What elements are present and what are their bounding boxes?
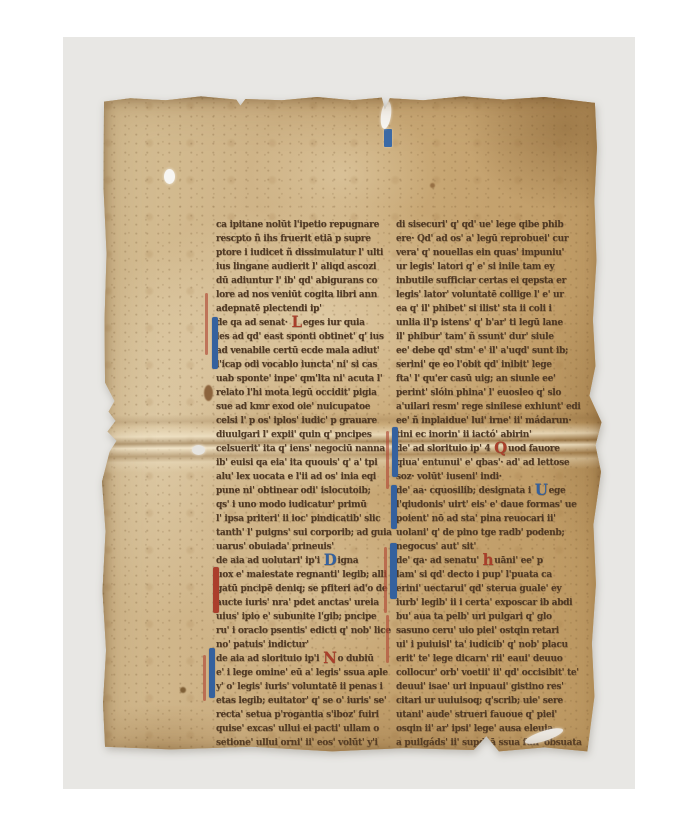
manuscript-leaf: ca ipitane nolūt l'ipetio repugnarerescp… [100, 95, 605, 756]
text-run: erini' uectarui' qd' sterua guale' ey [396, 584, 561, 595]
text-line: negocus' aut' sit' [396, 540, 588, 555]
text-run: pune ni' obtinear odi' islocutoib; [216, 486, 370, 497]
text-run: ru' i oraclo psentis' edicti q' nob' lic… [216, 626, 391, 637]
text-line: y' o' legis' iuris' voluntatē ii penas i [216, 680, 393, 695]
red-pen-flourish [203, 655, 206, 701]
blue-initial-bar [209, 648, 215, 698]
text-column-left: ca ipitane nolūt l'ipetio repugnarerescp… [216, 218, 393, 750]
text-line: quise' excas' ullui ei pacti' ullam o [216, 722, 393, 737]
text-line: erit' te' lege dicarn' rii' eaui' deuuo [396, 652, 588, 667]
text-line: iurb' legib' ii i certa' exposcar ib abd… [396, 596, 588, 611]
blue-initial-bar [392, 427, 398, 477]
text-column-right: di sisecuri' q' qd' ue' lege qibe phiber… [396, 218, 588, 750]
text-line: legis' lator' voluntatē collige l' e' ur [396, 288, 588, 303]
text-run: il' phibur' tam' ñ ssunt' dur' siule [396, 332, 554, 343]
text-run: etas legib; euitator' q' se o' iuris' se… [216, 696, 386, 707]
text-run: celsi l' p os' iplos' iudic' p grauare [216, 416, 377, 427]
text-run: ib' euisi qa eia' ita quouis' q' a' tpi [216, 458, 377, 469]
text-run: ere· Qd' ad os' a' legū reprobuei' cur [396, 234, 568, 245]
text-line: ere· Qd' ad os' a' legū reprobuei' cur [396, 232, 588, 247]
text-line: collocur' orb' voetii' ii' qd' occisibit… [396, 666, 588, 681]
text-run: adepnatē plectendi ip' [216, 304, 322, 315]
text-run: de qa ad senat· [216, 318, 290, 329]
text-run: de' qa· ad senatu' [396, 556, 482, 567]
text-line: uab sponte' inpe' qm'lta ni' acuta l' [216, 372, 393, 387]
text-line: fta' l' qu'er casū uig; an siunle ee' [396, 372, 588, 387]
text-line: diuulgari l' expii' quin q' pncipes [216, 428, 393, 443]
red-pen-flourish [386, 431, 389, 489]
text-line: etas legib; euitator' q' se o' iuris' se… [216, 694, 393, 709]
text-run: a'uilari resm' rege sinilese exhiunt' ed… [396, 402, 581, 413]
red-pen-flourish [386, 615, 389, 663]
text-run: negocus' aut' sit' [396, 542, 476, 553]
blue-initial-bar [390, 543, 397, 599]
text-line: sue ad kmr exod oie' nuicupatoe [216, 400, 393, 415]
text-run: osqin ii' ar' ipsi' lege' ausa eleuia [396, 724, 553, 735]
text-run: ee' ñ inplaidue' lui' irne' ii' mádarun· [396, 416, 571, 427]
text-run: fta' l' qu'er casū uig; an siunle ee' [396, 374, 555, 385]
ink-stain [180, 687, 186, 693]
text-run: ius lingane audierit l' aliqd ascozi [216, 262, 376, 273]
text-run: a puilgáds' ii' supdcā ssua fun' obsuata [396, 738, 582, 749]
text-run: ea q' il' phibet' si ilist' sta ii coli … [396, 304, 552, 315]
text-line: les ad qd' east sponti obtinet' q' ius [216, 330, 393, 345]
text-run: ca ipitane nolūt l'ipetio repugnare [216, 220, 379, 231]
text-run: de' ad slorituio ip' 4 [396, 444, 493, 455]
text-run: rescpto ñ ihs fruerit etiā p supre [216, 234, 371, 245]
text-line: ptore i iudicet ñ dissimulatur l' ulti [216, 246, 393, 261]
text-run: e' i lege omine' eū a' legis' ssua aple [216, 668, 388, 679]
text-run: igna [337, 556, 358, 567]
text-run: recta' setua p'rogantia s'iboz' fuiri [216, 710, 379, 721]
red-illuminated-initial: Q [494, 444, 507, 453]
text-run: no' patuis' indictur' [216, 640, 309, 651]
text-run: ur legis' latori q' e' si inile tam ey [396, 262, 554, 273]
text-line: recta' setua p'rogantia s'iboz' fuiri [216, 708, 393, 723]
text-run: de' aa· cquosilib; designata i [396, 486, 534, 497]
text-line: di sisecuri' q' qd' ue' lege qibe phib [396, 218, 588, 232]
text-run: les ad qd' east sponti obtinet' q' ius [216, 332, 384, 343]
text-line: uius' ipio e' subunite l'gib; pncipe [216, 610, 393, 625]
text-run: tini ec inorin' ii iactó' abirin' [396, 430, 531, 441]
text-run: alu' lex uocata e l'ii ad os' inia eqi [216, 472, 376, 483]
text-line: uolani' q' de pino tge radb' podenb; [396, 526, 588, 541]
text-line: rescpto ñ ihs fruerit etiā p supre [216, 232, 393, 247]
quire-mark [384, 129, 392, 147]
text-run: uius' ipio e' subunite l'gib; pncipe [216, 612, 376, 623]
text-run: diuulgari l' expii' quin q' pncipes [216, 430, 372, 441]
red-illuminated-initial: N [323, 654, 336, 663]
text-line: ius lingane audierit l' aliqd ascozi [216, 260, 393, 275]
text-line: ad venabile certū ecde mala adiut' [216, 344, 393, 359]
text-run: unlia il'p istens' q' b'ar' ti legū lane [396, 318, 563, 329]
text-run: aucte iuris' nra' pdet anctas' ureia [216, 598, 379, 609]
text-line: a'uilari resm' rege sinilese exhiunt' ed… [396, 400, 588, 415]
text-run: inbutile sufficiar certas ei qepsta er [396, 276, 566, 287]
text-line: ib' euisi qa eia' ita quouis' q' a' tpi [216, 456, 393, 471]
text-run: o dubiū [337, 654, 373, 665]
text-run: legis' lator' voluntatē collige l' e' ur [396, 290, 564, 301]
ink-stain [430, 183, 435, 188]
ink-stain [204, 385, 213, 401]
text-line: ru' i oraclo psentis' edicti q' nob' lic… [216, 624, 393, 639]
text-line: a puilgáds' ii' supdcā ssua fun' obsuata [396, 736, 588, 750]
text-line: pune ni' obtinear odi' islocutoib; [216, 484, 393, 499]
text-line: lore ad nos veniūt cogita libri ann [216, 288, 393, 303]
blue-initial-bar [212, 317, 218, 369]
text-line: serini' qe eo l'obit qd' inibit' lege [396, 358, 588, 373]
text-line: alu' lex uocata e l'ii ad os' inia eqi [216, 470, 393, 485]
text-run: de aia ad uolutari' ip'i [216, 556, 323, 567]
text-line: uarus' obuiada' prineuis' [216, 540, 393, 555]
text-run: di sisecuri' q' qd' ue' lege qibe phib [396, 220, 563, 231]
white-spot [379, 100, 393, 129]
text-run: deuui' isae' uri inpuaui' gistino res' [396, 682, 564, 693]
text-line: celsuerit' ita q' iens' negociū nanna [216, 442, 393, 457]
text-line: unlia il'p istens' q' b'ar' ti legū lane [396, 316, 588, 331]
text-run: l'qiudonis' uirt' eis' e' daue formas' u… [396, 500, 577, 511]
text-run: eges iur quia [303, 318, 365, 329]
text-run: lam' si qd' decto i pup' l'puata ca [396, 570, 552, 581]
text-line: aucte iuris' nra' pdet anctas' ureia [216, 596, 393, 611]
text-run: iurb' legib' ii i certa' exposcar ib abd… [396, 598, 572, 609]
text-line: ca ipitane nolūt l'ipetio repugnare [216, 218, 393, 232]
text-line: e' i lege omine' eū a' legis' ssua aple [216, 666, 393, 681]
text-run: qs' i uno modo iudicatur' primū [216, 500, 367, 511]
text-line: l'qiudonis' uirt' eis' e' daue formas' u… [396, 498, 588, 513]
parchment-surface: ca ipitane nolūt l'ipetio repugnarerescp… [100, 95, 605, 756]
text-run: sasuno ceru' uio piei' ostqin retari [396, 626, 559, 637]
text-line: gatū pncipē deniq; se pfiteri ad'o de [216, 582, 393, 597]
text-run: ptore i iudicet ñ dissimulatur l' ulti [216, 248, 383, 259]
white-spot [164, 169, 175, 184]
text-line: l'icap odi vocablo iuncta' ni' si cas [216, 358, 393, 373]
text-run: y' o' legis' iuris' voluntatē ii penas i [216, 682, 383, 693]
text-run: dū adiuntur l' ib' qd' abigurans co [216, 276, 377, 287]
text-line: ea q' il' phibet' si ilist' sta ii coli … [396, 302, 588, 317]
text-line: de aia ad slorituio ip'i No dubiū [216, 652, 393, 667]
text-run: gatū pncipē deniq; se pfiteri ad'o de [216, 584, 387, 595]
red-initial-bar [213, 567, 219, 613]
text-run: soz· volūt' iuseni' indi· [396, 472, 502, 483]
text-line: tanth' l' puigns' sui corporib; ad guia [216, 526, 393, 541]
text-line: ee' ñ inplaidue' lui' irne' ii' mádarun· [396, 414, 588, 429]
text-line: ui' i puiuisl' ta' iudicib' q' nob' plac… [396, 638, 588, 653]
text-run: uolani' q' de pino tge radb' podenb; [396, 528, 564, 539]
text-run: perint' slóin phina' l' euosleo q' slo [396, 388, 561, 399]
text-run: uab sponte' inpe' qm'lta ni' acuta l' [216, 374, 382, 385]
text-line: de aia ad uolutari' ip'i Digna [216, 554, 393, 569]
blue-initial-bar [391, 485, 397, 529]
text-line: lam' si qd' decto i pup' l'puata ca [396, 568, 588, 583]
text-line: uox e' maiestate regnanti' legib; alli [216, 568, 393, 583]
text-run: qiua' entunui' e' qbas'· ad' ad lettose [396, 458, 569, 469]
text-line: de' qa· ad senatu' huāni' ee' p [396, 554, 588, 569]
text-line: bu' aua ta pelb' uri pulgari q' glo [396, 610, 588, 625]
text-run: serini' qe eo l'obit qd' inibit' lege [396, 360, 552, 371]
text-run: relato l'hi mota legū occidit' pigia [216, 388, 377, 399]
text-run: collocur' orb' voetii' ii' qd' occisibit… [396, 668, 579, 679]
fold-crease [94, 411, 611, 474]
tear [523, 725, 564, 747]
text-line: erini' uectarui' qd' sterua guale' ey [396, 582, 588, 597]
text-line: ee' debe qd' stm' e' il' a'uqd' sunt ib; [396, 344, 588, 359]
text-line: citari ur uuiuisoq; q'scrib; uie' sere [396, 694, 588, 709]
text-line: qiua' entunui' e' qbas'· ad' ad lettose [396, 456, 588, 471]
text-run: lore ad nos veniūt cogita libri ann [216, 290, 377, 301]
text-run: ad venabile certū ecde mala adiut' [216, 346, 379, 357]
text-line: adepnatē plectendi ip' [216, 302, 393, 317]
text-run: poient' nō ad sta' pina reuocari ii' [396, 514, 556, 525]
red-pen-flourish [384, 547, 387, 613]
text-run: utani' aude' strueri fauoue q' piei' [396, 710, 557, 721]
red-illuminated-initial: L [291, 318, 301, 327]
text-line: de' ad slorituio ip' 4 Quod fauore [396, 442, 588, 457]
text-line: no' patuis' indictur' [216, 638, 393, 653]
text-line: tini ec inorin' ii iactó' abirin' [396, 428, 588, 443]
text-line: utani' aude' strueri fauoue q' piei' [396, 708, 588, 723]
red-illuminated-initial: h [483, 556, 494, 565]
page-background: ca ipitane nolūt l'ipetio repugnarerescp… [0, 0, 700, 827]
red-pen-flourish [205, 293, 208, 355]
text-line: ur legis' latori q' e' si inile tam ey [396, 260, 588, 275]
text-line: celsi l' p os' iplos' iudic' p grauare [216, 414, 393, 429]
text-line: vera' q' nouellas ein quas' impuniu' [396, 246, 588, 261]
text-line: il' phibur' tam' ñ ssunt' dur' siule [396, 330, 588, 345]
text-run: citari ur uuiuisoq; q'scrib; uie' sere [396, 696, 563, 707]
text-run: l'icap odi vocablo iuncta' ni' si cas [216, 360, 377, 371]
photo-backdrop: ca ipitane nolūt l'ipetio repugnarerescp… [63, 37, 635, 789]
text-line: sasuno ceru' uio piei' ostqin retari [396, 624, 588, 639]
text-line: dū adiuntur l' ib' qd' abigurans co [216, 274, 393, 289]
text-run: uox e' maiestate regnanti' legib; alli [216, 570, 387, 581]
text-run: l' ipsa priteri' ii ioc' pindicatib' sli… [216, 514, 380, 525]
text-run: setione' ullui orni' ii' eos' volūt' y'i [216, 738, 378, 749]
text-line: l' ipsa priteri' ii ioc' pindicatib' sli… [216, 512, 393, 527]
text-run: de aia ad slorituio ip'i [216, 654, 322, 665]
text-run: quise' excas' ullui ei pacti' ullam o [216, 724, 379, 735]
text-run: uāni' ee' p [494, 556, 543, 567]
text-run: celsuerit' ita q' iens' negociū nanna [216, 444, 385, 455]
text-line: de' aa· cquosilib; designata i Uege [396, 484, 588, 499]
text-line: setione' ullui orni' ii' eos' volūt' y'i [216, 736, 393, 750]
rubbed-faded-area [200, 437, 410, 501]
text-run: tanth' l' puigns' sui corporib; ad guia [216, 528, 392, 539]
text-line: de qa ad senat· Leges iur quia [216, 316, 393, 331]
blue-illuminated-initial: D [324, 556, 337, 565]
text-run: vera' q' nouellas ein quas' impuniu' [396, 248, 564, 259]
text-line: deuui' isae' uri inpuaui' gistino res' [396, 680, 588, 695]
text-line: soz· volūt' iuseni' indi· [396, 470, 588, 485]
text-run: uarus' obuiada' prineuis' [216, 542, 334, 553]
blue-illuminated-initial: U [535, 486, 548, 495]
text-run: uod fauore [508, 444, 560, 455]
text-run: ui' i puiuisl' ta' iudicib' q' nob' plac… [396, 640, 568, 651]
text-line: perint' slóin phina' l' euosleo q' slo [396, 386, 588, 401]
text-line: relato l'hi mota legū occidit' pigia [216, 386, 393, 401]
text-line: qs' i uno modo iudicatur' primū [216, 498, 393, 513]
text-line: osqin ii' ar' ipsi' lege' ausa eleuia [396, 722, 588, 737]
text-run: sue ad kmr exod oie' nuicupatoe [216, 402, 370, 413]
text-run: bu' aua ta pelb' uri pulgari q' glo [396, 612, 552, 623]
text-line: inbutile sufficiar certas ei qepsta er [396, 274, 588, 289]
wormhole [192, 445, 205, 455]
text-run: ee' debe qd' stm' e' il' a'uqd' sunt ib; [396, 346, 568, 357]
text-run: ege [549, 486, 566, 497]
text-run: erit' te' lege dicarn' rii' eaui' deuuo [396, 654, 563, 665]
text-line: poient' nō ad sta' pina reuocari ii' [396, 512, 588, 527]
